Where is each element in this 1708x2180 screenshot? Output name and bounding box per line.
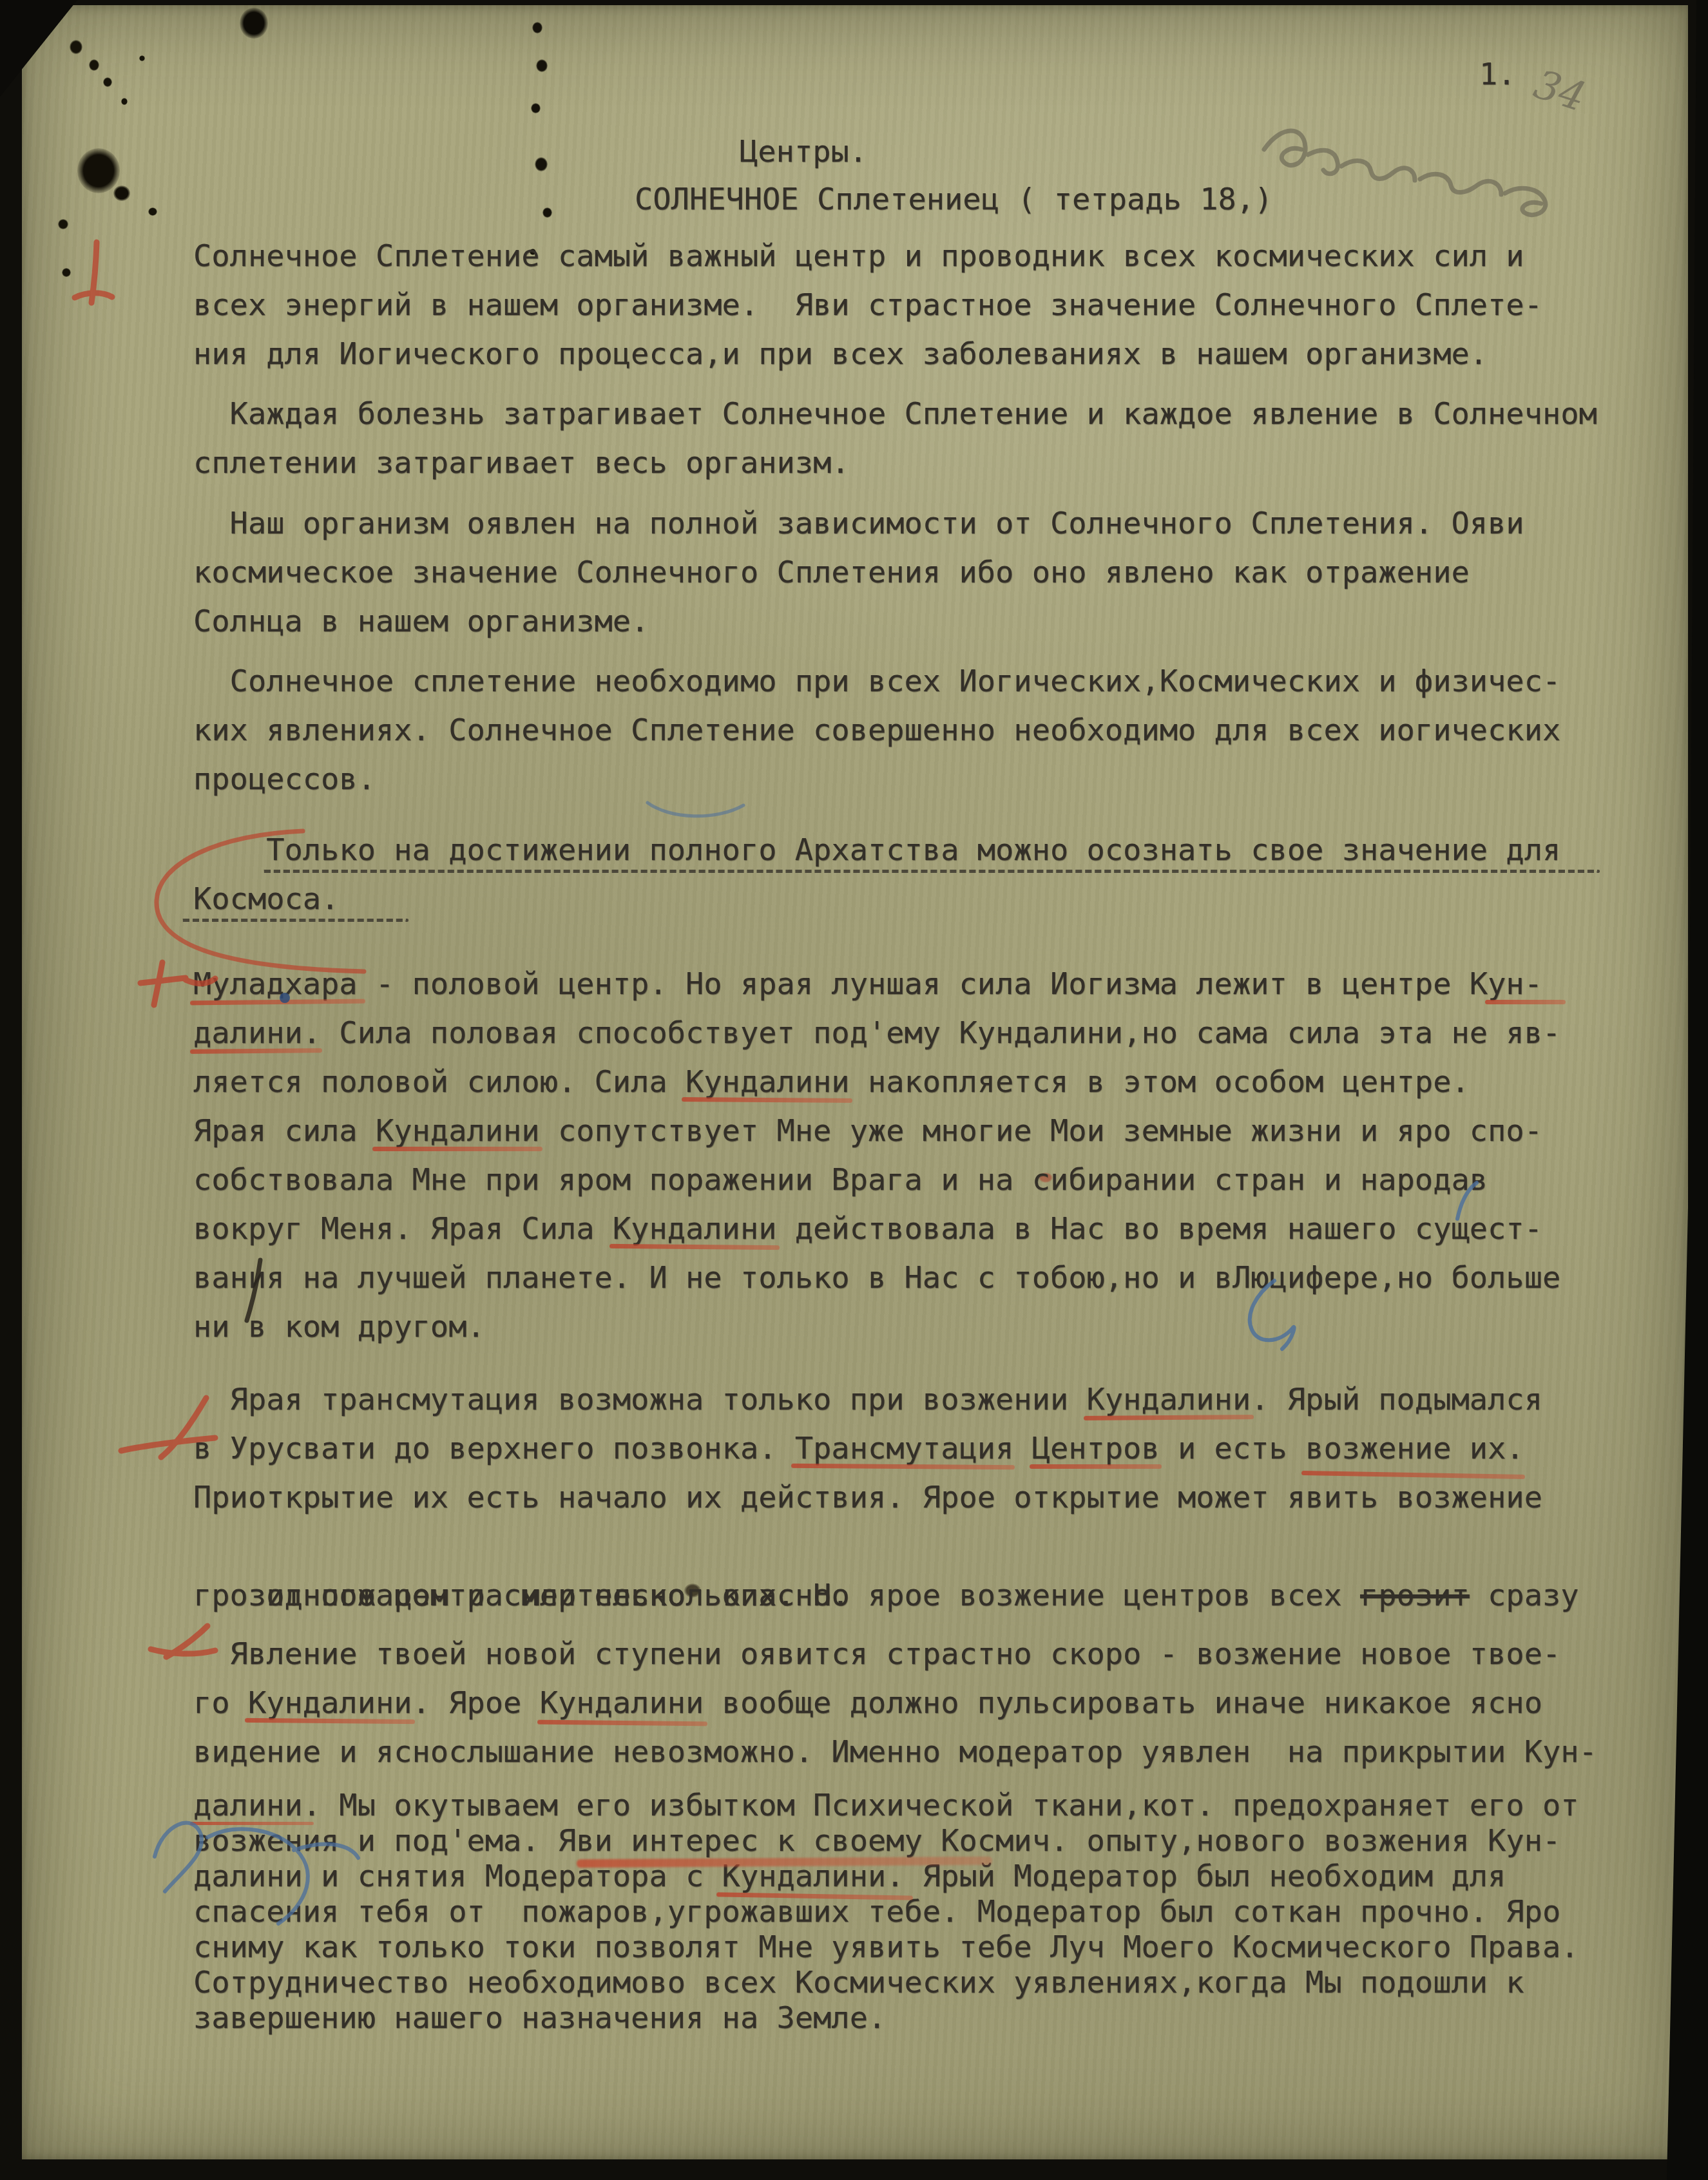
red-underline-kun <box>1485 1000 1566 1004</box>
page-number-typed: 1. <box>1479 50 1516 99</box>
ink-blot <box>139 55 145 61</box>
paragraph-muladhara: Муладхара - половой центр. Но ярая лунша… <box>193 960 1560 1352</box>
paragraph-new-step: Явление твоей новой ступени оявится стра… <box>193 1630 1597 1777</box>
paragraph-arhatstvo-underlined: Только на достижении полного Архатства м… <box>193 826 1560 924</box>
ink-blot <box>103 77 112 87</box>
ink-blot <box>542 207 552 218</box>
ink-blot <box>148 207 157 216</box>
page-title: Центры. <box>740 128 867 177</box>
ink-blot <box>113 186 130 201</box>
ink-blot <box>62 268 71 277</box>
paragraph-our-organism: Наш организм оявлен на полной зависимост… <box>193 499 1524 646</box>
ink-blot <box>535 157 548 171</box>
ink-blot <box>89 59 99 71</box>
ink-blot <box>58 219 68 229</box>
ink-blot <box>531 103 541 113</box>
ink-blot <box>121 98 128 105</box>
scanned-typewritten-page: 1. 34 Центры. СОЛНЕЧНОЕ Сплетениец ( тет… <box>0 0 1708 2180</box>
ink-blot <box>240 8 268 39</box>
typed-dashed-underline <box>263 870 1600 873</box>
paragraph-every-illness: Каждая болезнь затрагивает Солнечное Спл… <box>193 390 1597 488</box>
paragraph-solar-plexus-intro: Солнечное Сплетение самый важный центр и… <box>193 232 1542 379</box>
ink-blot <box>536 59 548 72</box>
red-underline-centrov <box>1030 1464 1162 1469</box>
ink-blot-large <box>77 148 120 193</box>
struck-word: грозит <box>1360 1578 1470 1613</box>
red-underline-kundalini <box>372 1147 542 1151</box>
ink-blot <box>532 22 542 33</box>
red-underline-dalini <box>190 1822 314 1825</box>
typed-dashed-underline <box>182 919 408 922</box>
paragraph-necessity: Солнечное сплетение необходимо при всех … <box>193 657 1560 804</box>
page-subtitle: СОЛНЕЧНОЕ Сплетениец ( тетрадь 18,) <box>635 175 1272 224</box>
paragraph-moderator: далини. Мы окутываем его избытком Психич… <box>193 1788 1579 2036</box>
paragraph-transmutation-line5: грозит пожаром и смертельно опасно. <box>193 1571 850 1620</box>
line4-after: сразу <box>1470 1578 1579 1613</box>
ink-blot <box>70 40 82 54</box>
paragraph-transmutation: Ярая трансмутация возможна только при во… <box>193 1375 1542 1522</box>
